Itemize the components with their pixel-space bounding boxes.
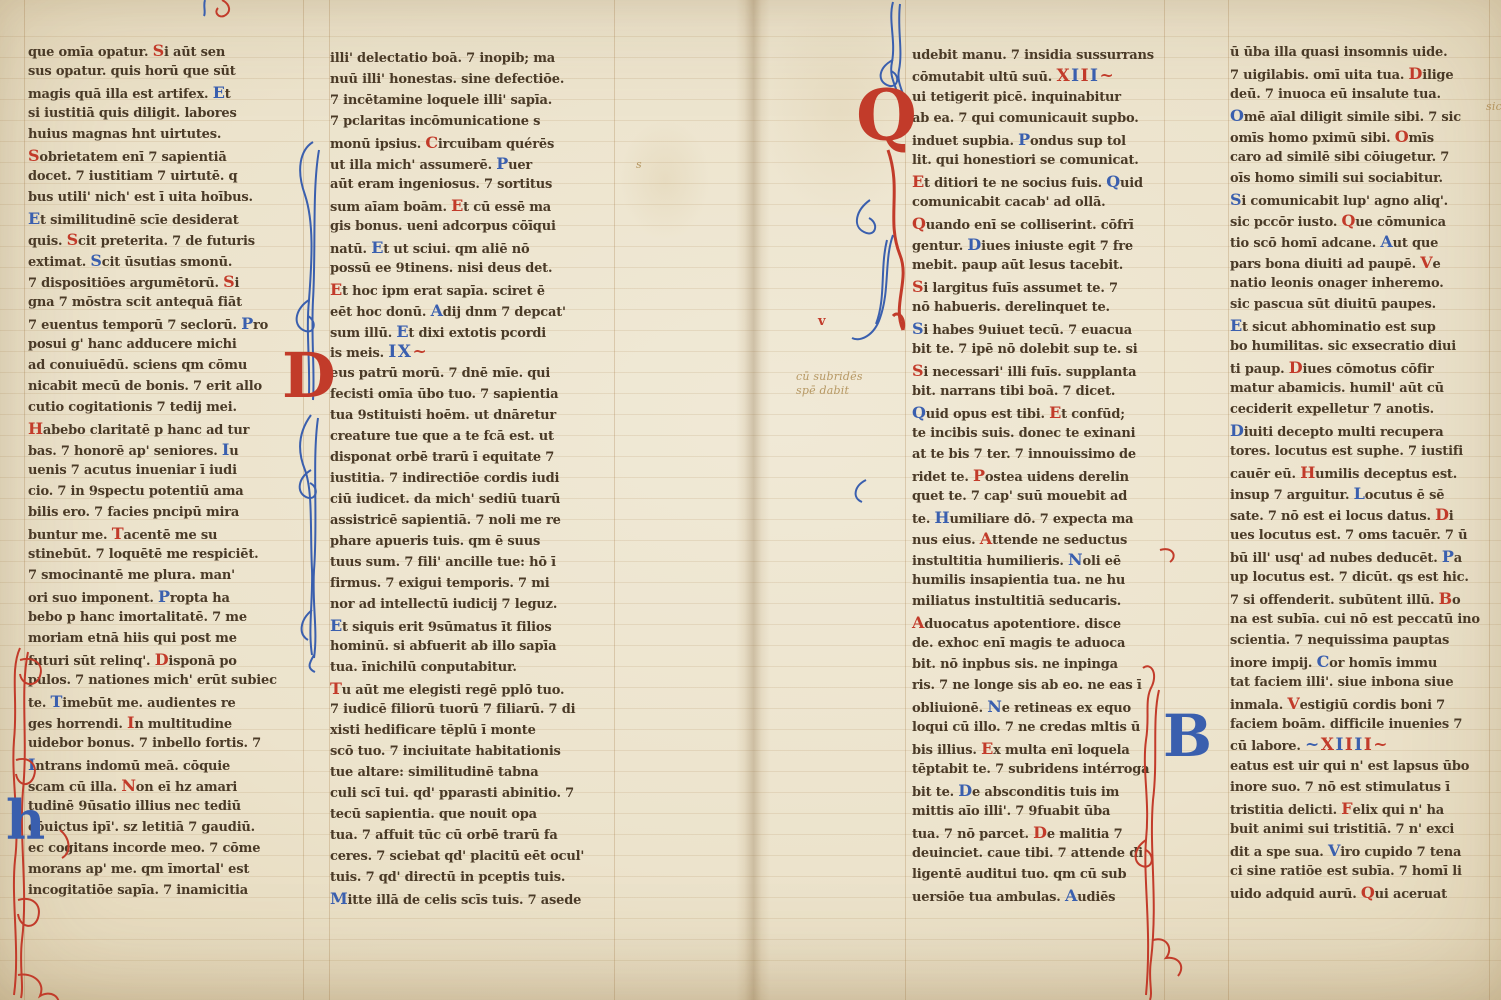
manuscript-line: illi' delectatio boā. 7 inopib; ma xyxy=(330,48,612,69)
manuscript-line: tuis. 7 qd' directū in pceptis tuis. xyxy=(330,867,612,888)
parchment-stain xyxy=(760,0,920,220)
manuscript-line: extimat. Scit ūsutias smonū. xyxy=(28,250,304,271)
manuscript-line: ues locutus est. 7 oms tacuēr. 7 ū xyxy=(1230,525,1482,546)
manuscript-line: magis quā illa est artifex. Et xyxy=(28,82,304,103)
page-fold xyxy=(736,0,770,1000)
chapter-numeral: ~ xyxy=(1100,66,1116,86)
manuscript-line: tēptabit te. 7 subridens intérroga xyxy=(912,759,1164,780)
manuscript-line: Et sicut abhominatio est sup xyxy=(1230,315,1482,336)
manuscript-line: lit. qui honestiori se comunicat. xyxy=(912,150,1164,171)
manuscript-line: firmus. 7 exigui temporis. 7 mi xyxy=(330,573,612,594)
column-rule xyxy=(614,0,615,1000)
manuscript-line: up locutus est. 7 dicūt. qs est hic. xyxy=(1230,567,1482,588)
column-rule xyxy=(1164,0,1165,1000)
marginal-gloss: cū subridēsspē dabit xyxy=(796,370,863,398)
manuscript-line: te incibis suis. donec te exinani xyxy=(912,423,1164,444)
manuscript-spread: que omīa opatur. Si aūt sensus opatur. q… xyxy=(0,0,1501,1000)
manuscript-line: tudinē 9ūsatio illius nec tediū xyxy=(28,796,304,817)
manuscript-line: hominū. si abfuerit ab illo sapīa xyxy=(330,636,612,657)
manuscript-line: cū labore. ~XIIII~ xyxy=(1230,735,1482,756)
manuscript-line: docet. 7 iustitiam 7 uirtutē. q xyxy=(28,166,304,187)
manuscript-line: bas. 7 honorē ap' seniores. Iu xyxy=(28,439,304,460)
manuscript-line: buntur me. Tacentē me su xyxy=(28,523,304,544)
manuscript-line: assistricē sapientiā. 7 noli me re xyxy=(330,510,612,531)
manuscript-line: Habebo claritatē p hanc ad tur xyxy=(28,418,304,439)
chapter-numeral: I xyxy=(1335,735,1344,755)
manuscript-line: tua. īnichilū conputabitur. xyxy=(330,657,612,678)
column-rule xyxy=(905,0,906,1000)
manuscript-line: nō habueris. derelinquet te. xyxy=(912,297,1164,318)
manuscript-line: eēt hoc donū. Adij dnm 7 depcat' xyxy=(330,300,612,321)
manuscript-line: tristitia delicti. Felix qui n' ha xyxy=(1230,798,1482,819)
manuscript-line: creature tue que a te fcā est. ut xyxy=(330,426,612,447)
manuscript-line: induet supbia. Pondus sup tol xyxy=(912,129,1164,150)
manuscript-line: uenis 7 acutus inueniar ī iudi xyxy=(28,460,304,481)
manuscript-line: tua. 7 nō parcet. De malitia 7 xyxy=(912,822,1164,843)
manuscript-line: instultitia humilieris. Noli eē xyxy=(912,549,1164,570)
manuscript-line: si iustitiā quis diligit. labores xyxy=(28,103,304,124)
chapter-numeral: I xyxy=(1090,66,1099,86)
manuscript-line: stinebūt. 7 loquētē me respiciēt. xyxy=(28,544,304,565)
manuscript-line: na est subīa. cui nō est peccatū ino xyxy=(1230,609,1482,630)
manuscript-photo: { "manuscript": { "description": "Mediev… xyxy=(0,0,1501,1000)
manuscript-line: disponat orbē trarū ī equitate 7 xyxy=(330,447,612,468)
manuscript-line: dit a spe sua. Viro cupido 7 tena xyxy=(1230,840,1482,861)
manuscript-line: sus opatur. quis horū que sūt xyxy=(28,61,304,82)
manuscript-line: tat faciem illi'. siue inbona siue xyxy=(1230,672,1482,693)
pen-mark: v xyxy=(818,314,826,329)
manuscript-line: Intrans indomū meā. cōquie xyxy=(28,754,304,775)
manuscript-line: Aduocatus apotentiore. disce xyxy=(912,612,1164,633)
manuscript-line: is meis. IX~ xyxy=(330,342,612,363)
parchment-stain xyxy=(620,120,710,240)
text-column-1: que omīa opatur. Si aūt sensus opatur. q… xyxy=(28,40,304,901)
manuscript-line: Si comunicabit lup' agno aliq'. xyxy=(1230,189,1482,210)
manuscript-line: quet te. 7 cap' suū mouebit ad xyxy=(912,486,1164,507)
manuscript-line: sic pccōr iusto. Que cōmunica xyxy=(1230,210,1482,231)
chapter-numeral: ~ xyxy=(412,342,428,362)
chapter-numeral: I xyxy=(388,342,397,362)
manuscript-line: ris. 7 ne longe sis ab eo. ne eas ī xyxy=(912,675,1164,696)
manuscript-line: ab ea. 7 qui comunicauit supbo. xyxy=(912,108,1164,129)
manuscript-line: deū. 7 inuoca eū insalute tua. xyxy=(1230,84,1482,105)
manuscript-line: 7 smocinantē me plura. man' xyxy=(28,565,304,586)
manuscript-line: nicabit mecū de bonis. 7 erit allo xyxy=(28,376,304,397)
manuscript-line: 7 pclaritas incōmunicatione s xyxy=(330,111,612,132)
manuscript-line: mebit. paup aūt lesus tacebit. xyxy=(912,255,1164,276)
manuscript-line: bebo p hanc imortalitatē. 7 me xyxy=(28,607,304,628)
manuscript-line: eus patrū morū. 7 dnē mīe. qui xyxy=(330,363,612,384)
manuscript-line: obliuionē. Ne retineas ex equo xyxy=(912,696,1164,717)
manuscript-line: Si largitus fuīs assumet te. 7 xyxy=(912,276,1164,297)
manuscript-line: eatus est uir qui n' est lapsus ūbo xyxy=(1230,756,1482,777)
manuscript-line: 7 dispositiōes argumētorū. Si xyxy=(28,271,304,292)
manuscript-line: natio leonis onager inheremo. xyxy=(1230,273,1482,294)
manuscript-line: bit. nō inpbus sis. ne inpinga xyxy=(912,654,1164,675)
manuscript-line: cōuictus ipī'. sz letitiā 7 gaudiū. xyxy=(28,817,304,838)
manuscript-line: sate. 7 nō est ei locus datus. Di xyxy=(1230,504,1482,525)
manuscript-line: ridet te. Postea uidens derelin xyxy=(912,465,1164,486)
manuscript-line: que omīa opatur. Si aūt sen xyxy=(28,40,304,61)
manuscript-line: gis bonus. ueni adcorpus cōīqui xyxy=(330,216,612,237)
manuscript-line: scō tuo. 7 inciuitate habitationis xyxy=(330,741,612,762)
manuscript-line: phare apueris tuis. qm ē suus xyxy=(330,531,612,552)
manuscript-line: nuū illi' honestas. sine defectiōe. xyxy=(330,69,612,90)
manuscript-line: ec cogitans incorde meo. 7 cōme xyxy=(28,838,304,859)
manuscript-line: moriam etnā hiis qui post me xyxy=(28,628,304,649)
text-column-3: udebit manu. 7 insidia sussurranscōmutab… xyxy=(912,45,1164,906)
chapter-numeral: ~ xyxy=(1373,735,1389,755)
text-column-4: ū ūba illa quasi insomnis uide.7 uigilab… xyxy=(1230,42,1482,903)
manuscript-line: uido adquid aurū. Qui aceruat xyxy=(1230,882,1482,903)
manuscript-line: Sobrietatem enī 7 sapientiā xyxy=(28,145,304,166)
manuscript-line: pulos. 7 nationes mich' erūt subiec xyxy=(28,670,304,691)
manuscript-line: Si necessari' illi fuīs. supplanta xyxy=(912,360,1164,381)
manuscript-line: deuinciet. caue tibi. 7 attende di xyxy=(912,843,1164,864)
manuscript-line: sum illū. Et dixi extotis pcordi xyxy=(330,321,612,342)
chapter-numeral: X xyxy=(398,342,413,362)
manuscript-line: bus utili' nich' est ī uita hoībus. xyxy=(28,187,304,208)
manuscript-line: xisti hedificare tēplū ī monte xyxy=(330,720,612,741)
manuscript-line: possū ee 9tinens. nisi deus det. xyxy=(330,258,612,279)
chapter-numeral: I xyxy=(1364,735,1373,755)
manuscript-line: humilis insapientia tua. ne hu xyxy=(912,570,1164,591)
manuscript-line: at te bis 7 ter. 7 innouissimo de xyxy=(912,444,1164,465)
chapter-numeral: X xyxy=(1321,735,1336,755)
manuscript-line: bis illius. Ex multa enī loquela xyxy=(912,738,1164,759)
manuscript-line: de. exhoc enī magis te aduoca xyxy=(912,633,1164,654)
manuscript-line: Et ditiori te ne socius fuis. Quid xyxy=(912,171,1164,192)
manuscript-line: Et similitudinē scīe desiderat xyxy=(28,208,304,229)
manuscript-line: 7 iudicē filiorū tuorū 7 filiarū. 7 di xyxy=(330,699,612,720)
manuscript-line: inore impij. Cor homīs immu xyxy=(1230,651,1482,672)
manuscript-line: inore suo. 7 nō est stimulatus ī xyxy=(1230,777,1482,798)
blue-filigree-q xyxy=(852,2,903,502)
manuscript-line: Et hoc ipm erat sapīa. sciret ē xyxy=(330,279,612,300)
chapter-numeral: I xyxy=(1071,66,1080,86)
manuscript-line: Quid opus est tibi. Et confūd; xyxy=(912,402,1164,423)
manuscript-line: loqui cū illo. 7 ne credas mltis ū xyxy=(912,717,1164,738)
manuscript-line: tue altare: similitudinē tabna xyxy=(330,762,612,783)
manuscript-line: huius magnas hnt uirtutes. xyxy=(28,124,304,145)
manuscript-line: ut illa mich' assumerē. Puer xyxy=(330,153,612,174)
manuscript-line: futuri sūt relinq'. Disponā po xyxy=(28,649,304,670)
manuscript-line: udebit manu. 7 insidia sussurrans xyxy=(912,45,1164,66)
manuscript-line: bū ill' usq' ad nubes deducēt. Pa xyxy=(1230,546,1482,567)
manuscript-line: cōmutabit ultū suū. XIII~ xyxy=(912,66,1164,87)
manuscript-line: ti paup. Diues cōmotus cōfir xyxy=(1230,357,1482,378)
manuscript-line: bilis ero. 7 facies pncipū mira xyxy=(28,502,304,523)
column-rule xyxy=(1489,0,1490,1000)
page-bottom-shade xyxy=(0,930,1501,1000)
manuscript-line: Si habes 9uiuet tecū. 7 euacua xyxy=(912,318,1164,339)
manuscript-line: tuus sum. 7 fili' ancille tue: hō ī xyxy=(330,552,612,573)
manuscript-line: aūt eram ingeniosus. 7 sortitus xyxy=(330,174,612,195)
manuscript-line: tua 9stituisti hoēm. ut dnāretur xyxy=(330,405,612,426)
manuscript-line: uidebor bonus. 7 inbello fortis. 7 xyxy=(28,733,304,754)
manuscript-line: nus eius. Attende ne seductus xyxy=(912,528,1164,549)
manuscript-line: ui tetigerit picē. inquinabitur xyxy=(912,87,1164,108)
chapter-numeral: I xyxy=(1081,66,1090,86)
manuscript-line: Tu aūt me elegisti regē pplō tuo. xyxy=(330,678,612,699)
manuscript-line: buit animi sui tristitiā. 7 n' exci xyxy=(1230,819,1482,840)
manuscript-line: uersiōe tua ambulas. Audiēs xyxy=(912,885,1164,906)
red-q-tail xyxy=(888,150,904,330)
manuscript-line: inmala. Vestigiū cordis boni 7 xyxy=(1230,693,1482,714)
manuscript-line: culi scī tui. qd' pparasti abinitio. 7 xyxy=(330,783,612,804)
manuscript-line: morans ap' me. qm īmortal' est xyxy=(28,859,304,880)
manuscript-line: fecisti omīa ūbo tuo. 7 sapientia xyxy=(330,384,612,405)
manuscript-line: nor ad intellectū iudicij 7 leguz. xyxy=(330,594,612,615)
manuscript-line: ciū iudicet. da mich' sediū tuarū xyxy=(330,489,612,510)
manuscript-line: gna 7 mōstra scit antequā fiāt xyxy=(28,292,304,313)
manuscript-line: cio. 7 in 9spectu potentiū ama xyxy=(28,481,304,502)
illuminated-initial-B: B xyxy=(1163,712,1212,761)
manuscript-line: 7 euentus temporū 7 seclorū. Pro xyxy=(28,313,304,334)
manuscript-line: ceciderit expelletur 7 anotis. xyxy=(1230,399,1482,420)
manuscript-line: natū. Et ut sciui. qm aliē nō xyxy=(330,237,612,258)
manuscript-line: bit te. De absconditis tuis im xyxy=(912,780,1164,801)
manuscript-line: gentur. Diues iniuste egit 7 fre xyxy=(912,234,1164,255)
manuscript-line: tio scō homī adcane. Aut que xyxy=(1230,231,1482,252)
manuscript-line: insup 7 arguitur. Locutus ē sē xyxy=(1230,483,1482,504)
manuscript-line: Quando enī se colliserint. cōfrī xyxy=(912,213,1164,234)
manuscript-line: te. Humiliare dō. 7 expecta ma xyxy=(912,507,1164,528)
manuscript-line: 7 incētamine loquele illi' sapīa. xyxy=(330,90,612,111)
manuscript-line: quis. Scit preterita. 7 de futuris xyxy=(28,229,304,250)
manuscript-line: ū ūba illa quasi insomnis uide. xyxy=(1230,42,1482,63)
manuscript-line: mittis aīo illi'. 7 9fuabit ūba xyxy=(912,801,1164,822)
manuscript-line: omīs homo pximū sibi. Omīs xyxy=(1230,126,1482,147)
marginal-gloss: s xyxy=(636,158,642,172)
manuscript-line: monū ipsius. Circuibam quérēs xyxy=(330,132,612,153)
manuscript-line: Diuiti decepto multi recupera xyxy=(1230,420,1482,441)
manuscript-line: scientia. 7 nequissima pauptas xyxy=(1230,630,1482,651)
manuscript-line: cutio cogitationis 7 tedij mei. xyxy=(28,397,304,418)
text-column-2: illi' delectatio boā. 7 inopib; manuū il… xyxy=(330,48,612,909)
manuscript-line: cauēr eū. Humilis deceptus est. xyxy=(1230,462,1482,483)
top-edge-marks xyxy=(204,0,229,16)
chapter-numeral: I xyxy=(1354,735,1363,755)
column-rule xyxy=(1228,0,1229,1000)
manuscript-line: scam cū illa. Non eī hz amari xyxy=(28,775,304,796)
manuscript-line: tores. locutus est suphe. 7 iustifi xyxy=(1230,441,1482,462)
manuscript-line: ad conuiuēdū. sciens qm cōmu xyxy=(28,355,304,376)
manuscript-line: bit. narrans tibi boā. 7 dicet. xyxy=(912,381,1164,402)
manuscript-line: posui g' hanc adducere michi xyxy=(28,334,304,355)
chapter-numeral: X xyxy=(1056,66,1071,86)
manuscript-line: incogitatiōe sapīa. 7 inamicitia xyxy=(28,880,304,901)
manuscript-line: 7 uigilabis. omī uita tua. Dilige xyxy=(1230,63,1482,84)
manuscript-line: ges horrendi. In multitudine xyxy=(28,712,304,733)
manuscript-line: tua. 7 affuit tūc cū orbē trarū fa xyxy=(330,825,612,846)
manuscript-line: faciem boām. difficile inuenies 7 xyxy=(1230,714,1482,735)
manuscript-line: ci sine ratiōe est subīa. 7 homī li xyxy=(1230,861,1482,882)
manuscript-line: caro ad similē sibi cōiugetur. 7 xyxy=(1230,147,1482,168)
column-rule xyxy=(24,0,25,1000)
manuscript-line: sic pascua sūt diuitū paupes. xyxy=(1230,294,1482,315)
manuscript-line: miliatus instultitiā seducaris. xyxy=(912,591,1164,612)
manuscript-line: iustitia. 7 indirectiōe cordis iudi xyxy=(330,468,612,489)
manuscript-line: sum aīam boām. Et cū essē ma xyxy=(330,195,612,216)
manuscript-line: pars bona diuiti ad paupē. Ve xyxy=(1230,252,1482,273)
manuscript-line: matur abamicis. humil' aūt cū xyxy=(1230,378,1482,399)
manuscript-line: Omē aīal diligit simile sibi. 7 sic xyxy=(1230,105,1482,126)
manuscript-line: bit te. 7 ipē nō dolebit sup te. si xyxy=(912,339,1164,360)
chapter-numeral: ~ xyxy=(1305,735,1321,755)
manuscript-line: oīs homo simili sui sociabitur. xyxy=(1230,168,1482,189)
manuscript-line: ceres. 7 sciebat qd' placitū eēt ocul' xyxy=(330,846,612,867)
manuscript-line: Et siquis erit 9sūmatus īt filios xyxy=(330,615,612,636)
marginal-gloss: sic xyxy=(1486,100,1501,114)
manuscript-line: tecū sapientia. que nouit opa xyxy=(330,804,612,825)
manuscript-line: te. Timebūt me. audientes re xyxy=(28,691,304,712)
manuscript-line: 7 si offenderit. subūtent illū. Bo xyxy=(1230,588,1482,609)
manuscript-line: ligentē auditui tuo. qm cū sub xyxy=(912,864,1164,885)
manuscript-line: comunicabit cacab' ad ollā. xyxy=(912,192,1164,213)
manuscript-line: bo humilitas. sic exsecratio diui xyxy=(1230,336,1482,357)
manuscript-line: Mitte illā de celis scīs tuis. 7 asede xyxy=(330,888,612,909)
manuscript-line: ori suo imponent. Propta ha xyxy=(28,586,304,607)
chapter-numeral: I xyxy=(1345,735,1354,755)
illuminated-initial-Q: Q xyxy=(856,86,917,146)
